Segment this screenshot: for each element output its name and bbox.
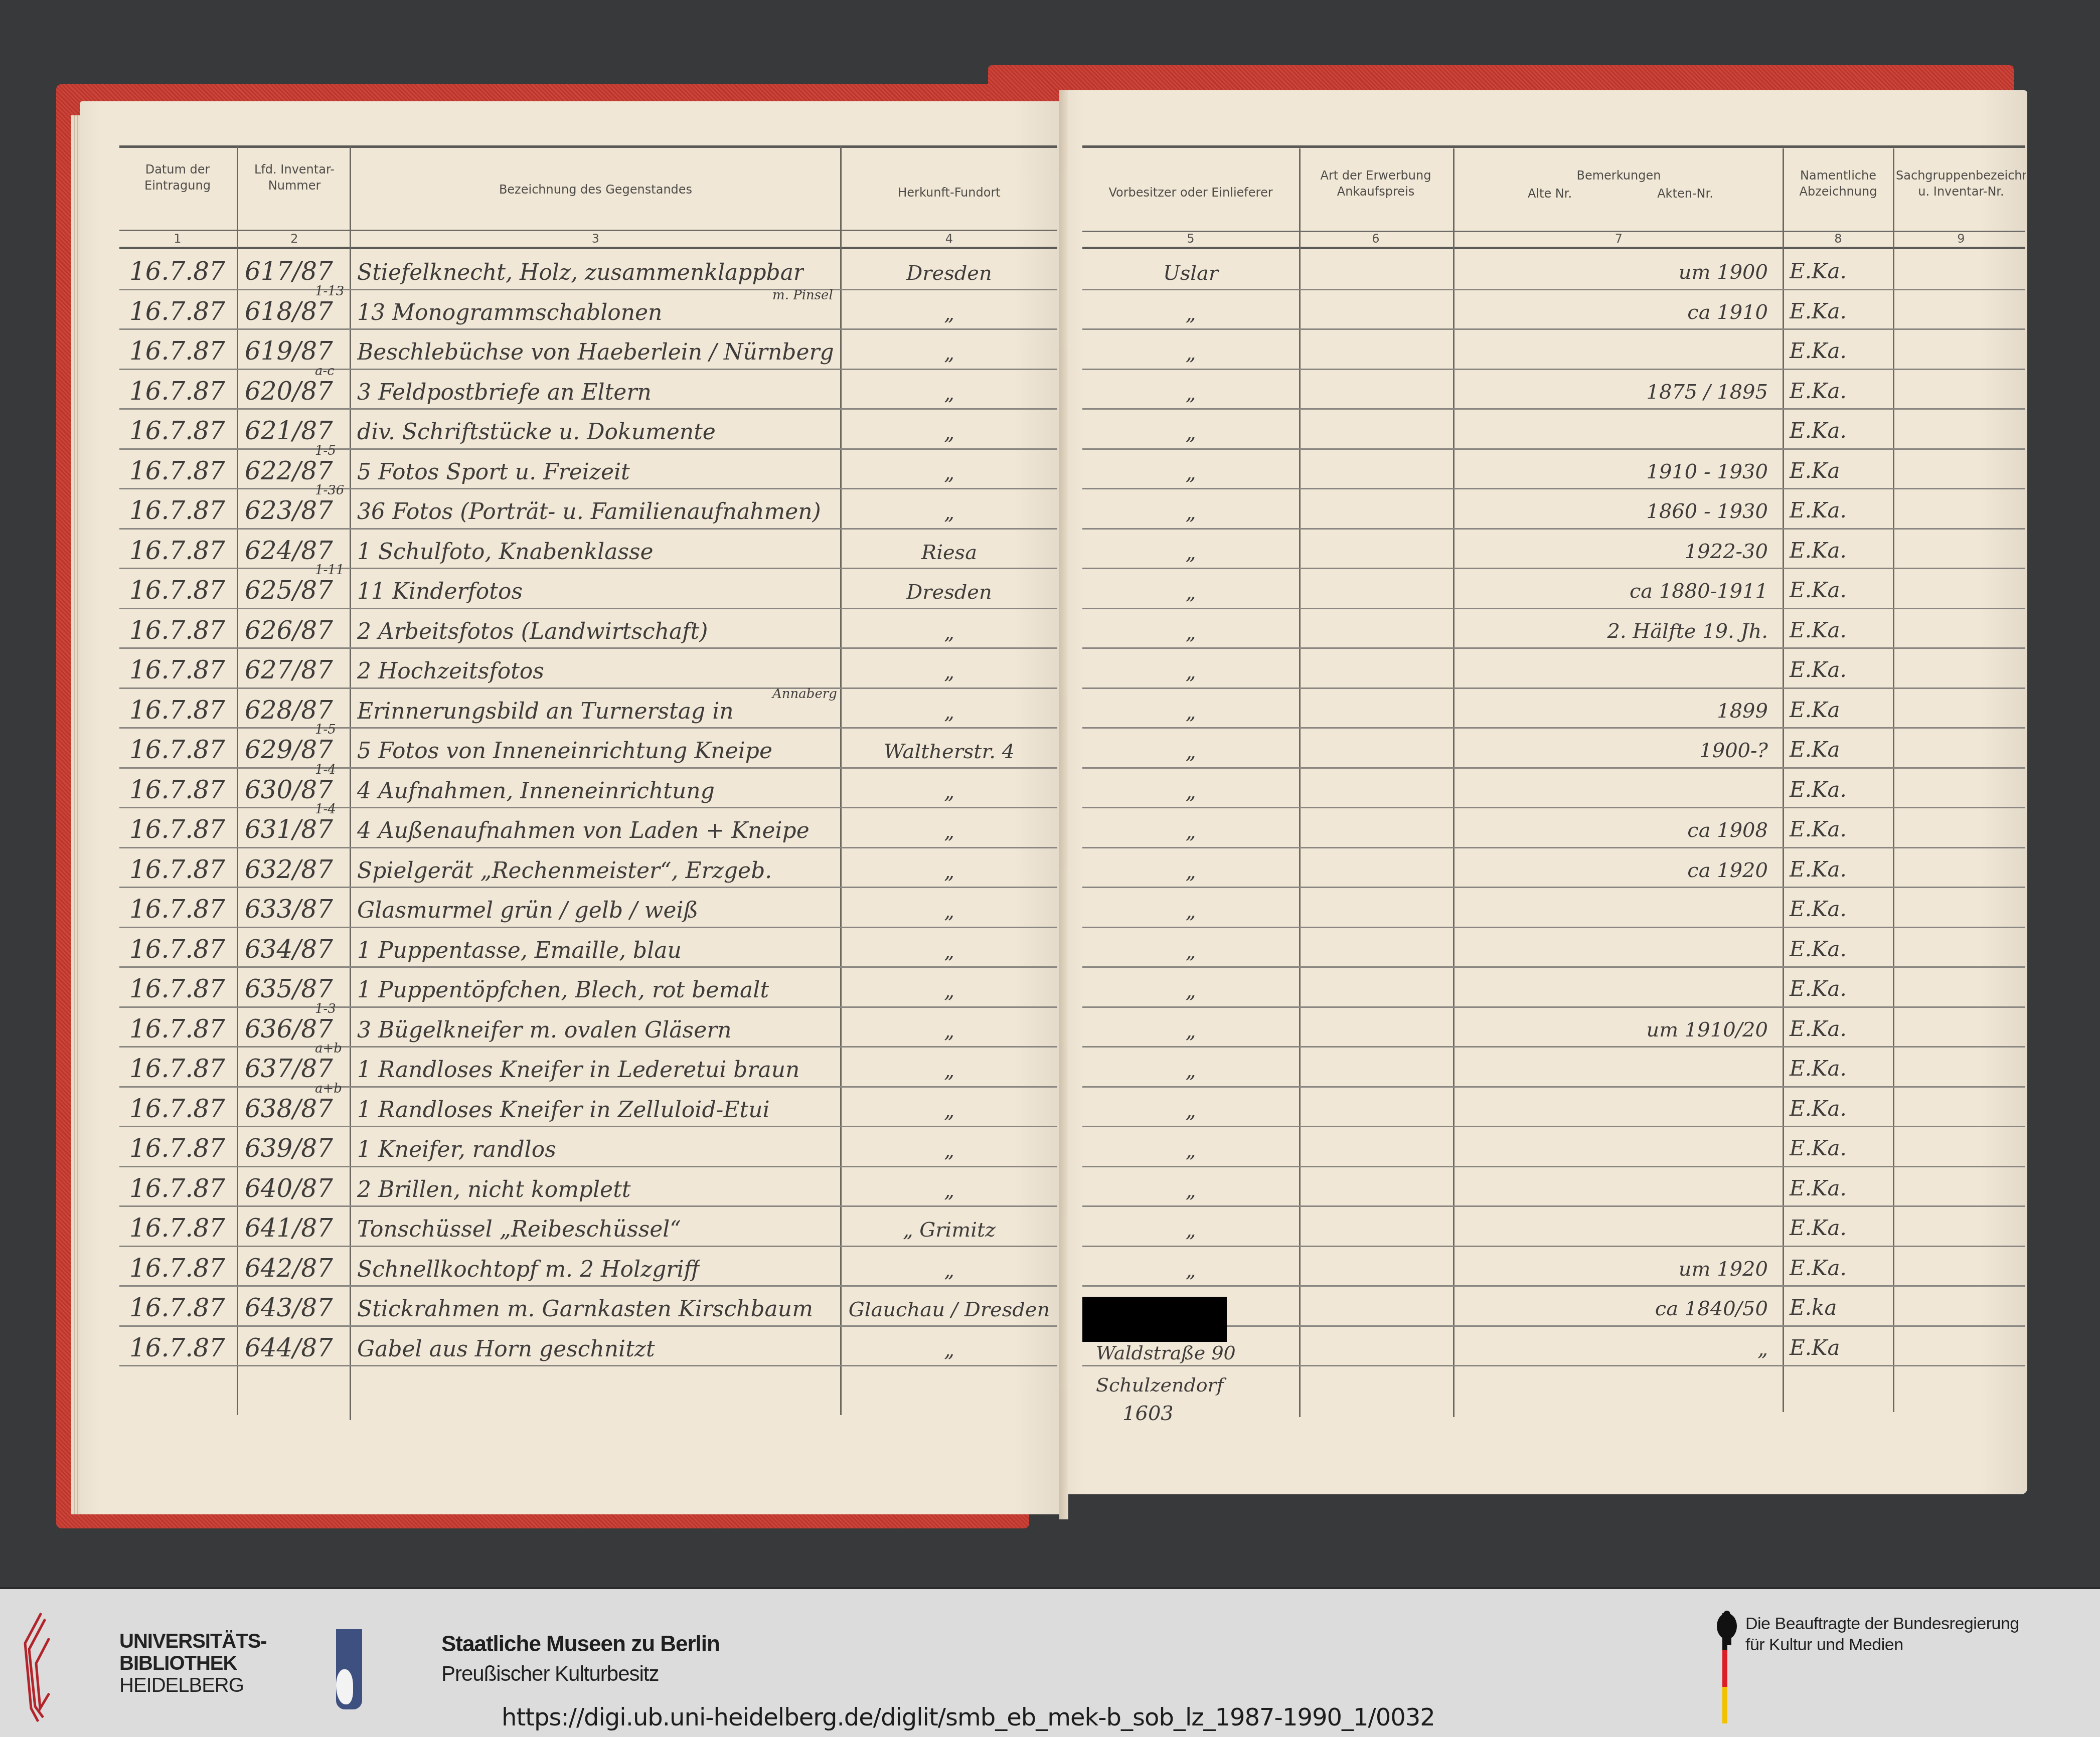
row-rule bbox=[1082, 647, 2025, 649]
entry-item-range: 1-13 bbox=[315, 284, 344, 299]
header-bottom-rule bbox=[1082, 247, 2025, 249]
entry-origin: Dresden bbox=[843, 262, 1056, 285]
entry-previous-owner: „ bbox=[1083, 541, 1298, 564]
entry-date: 16.7.87 bbox=[129, 257, 225, 286]
row-rule bbox=[1082, 328, 2025, 330]
entry-previous-owner: „ bbox=[1083, 461, 1298, 484]
entry-signature: E.Ka. bbox=[1790, 618, 1847, 642]
entry-date: 16.7.87 bbox=[129, 416, 225, 445]
entry-signature: E.Ka. bbox=[1790, 259, 1847, 283]
entry-date: 16.7.87 bbox=[129, 297, 225, 326]
column-header-signature: Namentliche Abzeichnung bbox=[1786, 167, 1891, 200]
entry-inventory-number: 627/87 bbox=[245, 655, 333, 684]
column-number: 7 bbox=[1457, 232, 1781, 246]
entry-previous-owner: „ bbox=[1083, 302, 1298, 325]
entry-signature: E.Ka. bbox=[1790, 498, 1847, 523]
header-bottom-rule bbox=[119, 247, 1057, 249]
row-rule bbox=[1082, 1365, 2025, 1366]
entry-inventory-number: 621/87 bbox=[245, 416, 333, 445]
address-postcode: 1603 bbox=[1122, 1402, 1174, 1425]
entry-date: 16.7.87 bbox=[129, 576, 225, 605]
address-line: Schulzendorf bbox=[1096, 1374, 1224, 1396]
entry-date: 16.7.87 bbox=[129, 1094, 225, 1123]
column-divider bbox=[1299, 148, 1301, 1417]
entry-previous-owner: „ bbox=[1083, 581, 1298, 604]
entry-previous-owner: „ bbox=[1083, 780, 1298, 803]
entry-inventory-number: 637/87 bbox=[245, 1054, 333, 1083]
entry-inventory-number: 635/87 bbox=[245, 974, 333, 1003]
entry-previous-owner: „ bbox=[1083, 860, 1298, 883]
entry-previous-owner: „ bbox=[1083, 1099, 1298, 1122]
row-rule bbox=[1082, 448, 2025, 450]
entry-previous-owner: „ bbox=[1083, 1139, 1298, 1162]
row-rule bbox=[1082, 1046, 2025, 1048]
entry-inventory-number: 642/87 bbox=[245, 1254, 333, 1283]
entry-previous-owner: „ bbox=[1083, 660, 1298, 683]
entry-signature: E.Ka. bbox=[1790, 777, 1847, 802]
row-rule bbox=[1082, 1246, 2025, 1247]
row-rule bbox=[119, 369, 1057, 370]
entry-date: 16.7.87 bbox=[129, 1213, 225, 1243]
entry-origin: „ bbox=[843, 701, 1056, 724]
entry-date: 16.7.87 bbox=[129, 735, 225, 764]
column-number: 9 bbox=[1896, 232, 2026, 246]
row-rule bbox=[119, 448, 1057, 450]
column-header-date: Datum der Eintragung bbox=[119, 161, 236, 194]
entry-origin: „ bbox=[843, 1139, 1056, 1162]
row-rule bbox=[1082, 847, 2025, 848]
entry-previous-owner: „ bbox=[1083, 900, 1298, 923]
entry-origin: „ bbox=[843, 382, 1056, 405]
column-divider bbox=[1893, 148, 1894, 1412]
column-header-category: Sachgruppenbezeichnung u. Inventar-Nr. bbox=[1896, 167, 2026, 200]
row-rule bbox=[119, 1086, 1057, 1088]
header-mid-rule bbox=[119, 230, 1057, 231]
entry-remark: um 1920 bbox=[1457, 1258, 1768, 1281]
scan-background: Datum der Eintragung Lfd. Inventar-Numme… bbox=[0, 0, 2100, 1587]
entry-description: div. Schriftstücke u. Dokumente bbox=[357, 419, 716, 445]
column-number: 4 bbox=[843, 232, 1056, 246]
entry-origin: „ bbox=[843, 621, 1056, 644]
row-rule bbox=[119, 687, 1057, 689]
entry-description: Gabel aus Horn geschnitzt bbox=[357, 1336, 655, 1362]
column-number: 6 bbox=[1303, 232, 1448, 246]
column-divider bbox=[350, 146, 351, 1420]
row-rule bbox=[1082, 528, 2025, 530]
entry-description: 1 Puppentasse, Emaille, blau bbox=[357, 938, 682, 963]
entry-signature: E.ka bbox=[1790, 1295, 1837, 1320]
row-rule bbox=[119, 488, 1057, 489]
entry-date: 16.7.87 bbox=[129, 895, 225, 924]
entry-signature: E.Ka. bbox=[1790, 1136, 1847, 1160]
entry-inventory-number: 644/87 bbox=[245, 1333, 333, 1362]
row-rule bbox=[119, 727, 1057, 729]
entry-inventory-number: 625/87 bbox=[245, 576, 333, 605]
column-divider bbox=[237, 146, 238, 1415]
entry-date: 16.7.87 bbox=[129, 696, 225, 725]
entry-date: 16.7.87 bbox=[129, 815, 225, 844]
entry-previous-owner: „ bbox=[1083, 940, 1298, 963]
entry-description: 1 Puppentöpfchen, Blech, rot bemalt bbox=[357, 977, 769, 1003]
entry-previous-owner: „ bbox=[1083, 621, 1298, 644]
entry-inventory-number: 626/87 bbox=[245, 616, 333, 645]
entry-origin: „ bbox=[843, 421, 1056, 444]
entry-previous-owner: „ bbox=[1083, 979, 1298, 1002]
ub-heidelberg-logo-icon bbox=[21, 1608, 51, 1723]
row-rule bbox=[119, 887, 1057, 888]
entry-date: 16.7.87 bbox=[129, 1293, 225, 1322]
entry-inventory-number: 622/87 bbox=[245, 456, 333, 485]
entry-remark: ca 1910 bbox=[1457, 301, 1768, 324]
entry-remark: 1922-30 bbox=[1457, 540, 1768, 563]
entry-previous-owner: „ bbox=[1083, 1019, 1298, 1043]
entry-description: 1 Randloses Kneifer in Zelluloid-Etui bbox=[357, 1097, 770, 1123]
entry-remark: 2. Hälfte 19. Jh. bbox=[1457, 620, 1768, 643]
entry-signature: E.Ka. bbox=[1790, 817, 1847, 841]
entry-date: 16.7.87 bbox=[129, 456, 225, 485]
entry-description: 2 Brillen, nicht komplett bbox=[357, 1177, 631, 1202]
entry-item-range: 1-4 bbox=[315, 762, 336, 777]
entry-remark: ca 1908 bbox=[1457, 819, 1768, 842]
row-rule bbox=[119, 408, 1057, 410]
row-rule bbox=[119, 568, 1057, 569]
entry-signature: E.Ka. bbox=[1790, 1256, 1847, 1280]
entry-signature: E.Ka. bbox=[1790, 1215, 1847, 1240]
column-number: 5 bbox=[1083, 232, 1298, 246]
entry-origin: „ bbox=[843, 1059, 1056, 1082]
entry-item-range: 1-4 bbox=[315, 802, 336, 817]
book-gutter bbox=[1059, 90, 1068, 1519]
entry-origin: „ bbox=[843, 860, 1056, 883]
entry-signature: E.Ka. bbox=[1790, 338, 1847, 363]
entry-date: 16.7.87 bbox=[129, 336, 225, 366]
entry-previous-owner: „ bbox=[1083, 1259, 1298, 1282]
entry-signature: E.Ka bbox=[1790, 458, 1840, 483]
row-rule bbox=[119, 1046, 1057, 1048]
entry-inventory-number: 639/87 bbox=[245, 1134, 333, 1163]
entry-description: 11 Kinderfotos bbox=[357, 579, 523, 604]
permalink-url[interactable]: https://digi.ub.uni-heidelberg.de/diglit… bbox=[502, 1703, 1435, 1731]
entry-signature: E.Ka. bbox=[1790, 1096, 1847, 1121]
entry-origin: „ bbox=[843, 979, 1056, 1002]
entry-item-range: 1-5 bbox=[315, 722, 336, 737]
row-rule bbox=[1082, 807, 2025, 808]
smb-eagle-icon bbox=[336, 1669, 353, 1704]
entry-inventory-number: 636/87 bbox=[245, 1014, 333, 1044]
row-rule bbox=[1082, 1006, 2025, 1008]
entry-origin: Dresden bbox=[843, 581, 1056, 604]
entry-description: 3 Bügelkneifer m. ovalen Gläsern bbox=[357, 1017, 732, 1043]
column-divider bbox=[1453, 148, 1455, 1417]
row-rule bbox=[119, 807, 1057, 808]
row-rule bbox=[119, 528, 1057, 530]
entry-remark: 1860 - 1930 bbox=[1457, 500, 1768, 523]
row-rule bbox=[119, 1006, 1057, 1008]
row-rule bbox=[1082, 1166, 2025, 1167]
entry-date: 16.7.87 bbox=[129, 536, 225, 565]
row-rule bbox=[119, 289, 1057, 290]
row-rule bbox=[1082, 408, 2025, 410]
entry-remark: um 1910/20 bbox=[1457, 1018, 1768, 1041]
entry-description: 3 Feldpostbriefe an Eltern bbox=[357, 380, 652, 405]
column-header-remarks: Bemerkungen bbox=[1457, 167, 1781, 184]
column-header-previous-owner: Vorbesitzer oder Einlieferer bbox=[1083, 185, 1298, 201]
entry-remark: ca 1880-1911 bbox=[1457, 580, 1768, 603]
entry-description: 2 Hochzeitsfotos bbox=[357, 658, 544, 684]
entry-date: 16.7.87 bbox=[129, 974, 225, 1003]
entry-remark: 1899 bbox=[1457, 700, 1768, 723]
entry-remark: ca 1920 bbox=[1457, 859, 1768, 882]
entry-inventory-number: 617/87 bbox=[245, 257, 333, 286]
row-rule bbox=[1082, 966, 2025, 968]
entry-origin: „ bbox=[843, 1338, 1056, 1361]
entry-remark: um 1900 bbox=[1457, 261, 1768, 284]
entry-item-range: 1-36 bbox=[315, 483, 344, 498]
entry-description-note: Annaberg bbox=[772, 686, 837, 702]
smb-title: Staatliche Museen zu Berlin bbox=[441, 1632, 720, 1657]
entry-origin: „ bbox=[843, 660, 1056, 683]
header-top-rule bbox=[1082, 145, 2025, 148]
entry-remark: 1910 - 1930 bbox=[1457, 460, 1768, 483]
column-number: 1 bbox=[119, 232, 236, 246]
row-rule bbox=[119, 1285, 1057, 1287]
entry-origin: Glauchau / Dresden bbox=[843, 1298, 1056, 1321]
bkm-text: Die Beauftragte der Bundesregierung bbox=[1745, 1614, 2019, 1634]
entry-inventory-number: 634/87 bbox=[245, 935, 333, 964]
column-header-acquisition: Art der Erwerbung Ankaufspreis bbox=[1303, 167, 1448, 200]
entry-previous-owner: „ bbox=[1083, 1219, 1298, 1242]
entry-origin: „ bbox=[843, 461, 1056, 484]
entry-origin: „ bbox=[843, 341, 1056, 365]
entry-date: 16.7.87 bbox=[129, 935, 225, 964]
entry-inventory-number: 633/87 bbox=[245, 895, 333, 924]
entry-description: 1 Randloses Kneifer in Lederetui braun bbox=[357, 1057, 799, 1083]
entry-remark: ca 1840/50 bbox=[1457, 1297, 1768, 1320]
row-rule bbox=[119, 966, 1057, 968]
entry-origin: „ bbox=[843, 940, 1056, 963]
entry-inventory-number: 640/87 bbox=[245, 1174, 333, 1203]
entry-date: 16.7.87 bbox=[129, 616, 225, 645]
entry-description: 5 Fotos Sport u. Freizeit bbox=[357, 459, 630, 485]
entry-inventory-number: 630/87 bbox=[245, 775, 333, 804]
entry-origin: „ bbox=[843, 1259, 1056, 1282]
entry-description: Tonschüssel „Reibeschüssel“ bbox=[357, 1217, 681, 1242]
entry-date: 16.7.87 bbox=[129, 1054, 225, 1083]
entry-signature: E.Ka. bbox=[1790, 379, 1847, 403]
entry-signature: E.Ka. bbox=[1790, 937, 1847, 961]
entry-description: 4 Außenaufnahmen von Laden + Kneipe bbox=[357, 818, 810, 843]
row-rule bbox=[119, 1246, 1057, 1247]
entry-signature: E.Ka bbox=[1790, 737, 1840, 762]
entry-date: 16.7.87 bbox=[129, 496, 225, 525]
entry-item-range: 1-3 bbox=[315, 1001, 336, 1016]
column-number: 2 bbox=[240, 232, 349, 246]
entry-inventory-number: 619/87 bbox=[245, 336, 333, 366]
entry-description: 2 Arbeitsfotos (Landwirtschaft) bbox=[357, 619, 708, 644]
row-rule bbox=[119, 927, 1057, 928]
entry-inventory-number: 620/87 bbox=[245, 377, 333, 406]
row-rule bbox=[1082, 927, 2025, 928]
row-rule bbox=[119, 608, 1057, 609]
column-divider bbox=[840, 146, 842, 1415]
entry-signature: E.Ka. bbox=[1790, 299, 1847, 323]
row-rule bbox=[1082, 887, 2025, 888]
bkm-text: für Kultur und Medien bbox=[1745, 1635, 1903, 1655]
entry-origin: „ Grimitz bbox=[843, 1219, 1056, 1242]
entry-inventory-number: 628/87 bbox=[245, 696, 333, 725]
entry-previous-owner: „ bbox=[1083, 501, 1298, 524]
entry-signature: E.Ka bbox=[1790, 1335, 1840, 1360]
entry-origin: „ bbox=[843, 1179, 1056, 1202]
entry-origin: „ bbox=[843, 1019, 1056, 1043]
entry-signature: E.Ka. bbox=[1790, 857, 1847, 882]
row-rule bbox=[119, 647, 1057, 649]
entry-origin: Waltherstr. 4 bbox=[843, 740, 1056, 763]
entry-description: 1 Schulfoto, Knabenklasse bbox=[357, 539, 654, 565]
row-rule bbox=[1082, 727, 2025, 729]
row-rule bbox=[119, 1166, 1057, 1167]
footer-banner: UNIVERSITÄTS- BIBLIOTHEK HEIDELBERG Staa… bbox=[0, 1587, 2100, 1737]
entry-description: Beschlebüchse von Haeberlein / Nürnberg bbox=[357, 339, 834, 365]
entry-description: 36 Fotos (Porträt- u. Familienaufnahmen) bbox=[357, 499, 821, 525]
entry-inventory-number: 618/87 bbox=[245, 297, 333, 326]
entry-signature: E.Ka. bbox=[1790, 418, 1847, 443]
entry-inventory-number: 629/87 bbox=[245, 735, 333, 764]
row-rule bbox=[1082, 369, 2025, 370]
redaction-bar bbox=[1082, 1297, 1227, 1342]
entry-inventory-number: 624/87 bbox=[245, 536, 333, 565]
row-rule bbox=[1082, 568, 2025, 569]
smb-subtitle: Preußischer Kulturbesitz bbox=[441, 1662, 659, 1686]
row-rule bbox=[119, 847, 1057, 848]
row-rule bbox=[1082, 1205, 2025, 1207]
column-header-description: Bezeichnung des Gegenstandes bbox=[351, 182, 840, 198]
row-rule bbox=[1082, 1086, 2025, 1088]
entry-signature: E.Ka. bbox=[1790, 897, 1847, 921]
entry-signature: E.Ka. bbox=[1790, 1176, 1847, 1200]
ub-logo-text: UNIVERSITÄTS- bbox=[119, 1630, 267, 1652]
entry-previous-owner: „ bbox=[1083, 421, 1298, 444]
entry-date: 16.7.87 bbox=[129, 377, 225, 406]
entry-signature: E.Ka. bbox=[1790, 976, 1847, 1001]
entry-item-range: a+b bbox=[315, 1041, 342, 1056]
entry-origin: Riesa bbox=[843, 541, 1056, 564]
entry-date: 16.7.87 bbox=[129, 1254, 225, 1283]
entry-description: 5 Fotos von Inneneinrichtung Kneipe bbox=[357, 738, 772, 764]
entry-origin: „ bbox=[843, 1099, 1056, 1122]
entry-origin: „ bbox=[843, 501, 1056, 524]
entry-signature: E.Ka. bbox=[1790, 538, 1847, 563]
entry-date: 16.7.87 bbox=[129, 855, 225, 884]
entry-description: Schnellkochtopf m. 2 Holzgriff bbox=[357, 1257, 700, 1282]
row-rule bbox=[119, 328, 1057, 330]
column-header-origin: Herkunft-Fundort bbox=[843, 185, 1056, 201]
entry-item-range: a+b bbox=[315, 1081, 342, 1096]
entry-description: Spielgerät „Rechenmeister“, Erzgeb. bbox=[357, 858, 772, 884]
entry-origin: „ bbox=[843, 780, 1056, 803]
entry-description: Erinnerungsbild an Turnerstag in bbox=[357, 699, 734, 724]
row-rule bbox=[1082, 687, 2025, 689]
entry-description-note: m. Pinsel bbox=[772, 288, 833, 303]
entry-signature: E.Ka. bbox=[1790, 1056, 1847, 1081]
entry-previous-owner: „ bbox=[1083, 341, 1298, 365]
column-header-inventory-number: Lfd. Inventar-Nummer bbox=[240, 161, 349, 194]
entry-remark: 1875 / 1895 bbox=[1457, 381, 1768, 404]
column-subheader-file-number: Akten-Nr. bbox=[1635, 186, 1735, 202]
entry-item-range: 1-5 bbox=[315, 443, 336, 458]
entry-date: 16.7.87 bbox=[129, 655, 225, 684]
entry-description: Stiefelknecht, Holz, zusammenklappbar bbox=[357, 260, 804, 285]
row-rule bbox=[1082, 289, 2025, 290]
column-subheader-old-number: Alte Nr. bbox=[1500, 186, 1600, 202]
row-rule bbox=[119, 1325, 1057, 1327]
entry-description: Stickrahmen m. Garnkasten Kirschbaum bbox=[357, 1296, 813, 1322]
entry-signature: E.Ka bbox=[1790, 698, 1840, 722]
entry-description: 13 Monogrammschablonen bbox=[357, 300, 662, 325]
entry-origin: „ bbox=[843, 820, 1056, 843]
entry-inventory-number: 641/87 bbox=[245, 1213, 333, 1243]
german-flag-bar bbox=[1722, 1613, 1727, 1723]
row-rule bbox=[1082, 488, 2025, 489]
entry-previous-owner: „ bbox=[1083, 1059, 1298, 1082]
entry-date: 16.7.87 bbox=[129, 1174, 225, 1203]
entry-description: Glasmurmel grün / gelb / weiß bbox=[357, 898, 698, 923]
entry-previous-owner: Uslar bbox=[1083, 262, 1298, 285]
row-rule bbox=[119, 1205, 1057, 1207]
entry-inventory-number: 632/87 bbox=[245, 855, 333, 884]
entry-inventory-number: 643/87 bbox=[245, 1293, 333, 1322]
row-rule bbox=[119, 767, 1057, 769]
entry-date: 16.7.87 bbox=[129, 1333, 225, 1362]
entry-item-range: 1-11 bbox=[315, 563, 344, 578]
entry-signature: E.Ka. bbox=[1790, 1016, 1847, 1041]
entry-previous-owner: „ bbox=[1083, 1179, 1298, 1202]
row-rule bbox=[119, 1126, 1057, 1127]
entry-inventory-number: 623/87 bbox=[245, 496, 333, 525]
entry-date: 16.7.87 bbox=[129, 775, 225, 804]
header-top-rule bbox=[119, 145, 1057, 148]
entry-description: 1 Kneifer, randlos bbox=[357, 1137, 556, 1162]
entry-previous-owner: „ bbox=[1083, 820, 1298, 843]
entry-signature: E.Ka. bbox=[1790, 578, 1847, 602]
entry-previous-owner: „ bbox=[1083, 701, 1298, 724]
entry-date: 16.7.87 bbox=[129, 1014, 225, 1044]
entry-description: 4 Aufnahmen, Inneneinrichtung bbox=[357, 778, 715, 804]
ub-logo-text: BIBLIOTHEK bbox=[119, 1652, 237, 1674]
column-number: 8 bbox=[1786, 232, 1891, 246]
entry-inventory-number: 631/87 bbox=[245, 815, 333, 844]
column-number: 3 bbox=[351, 232, 840, 246]
row-rule bbox=[1082, 767, 2025, 769]
row-rule bbox=[1082, 608, 2025, 609]
entry-inventory-number: 638/87 bbox=[245, 1094, 333, 1123]
entry-signature: E.Ka. bbox=[1790, 657, 1847, 682]
entry-remark: „ bbox=[1457, 1337, 1768, 1360]
row-rule bbox=[1082, 1285, 2025, 1287]
address-line: Waldstraße 90 bbox=[1096, 1342, 1236, 1364]
entry-origin: „ bbox=[843, 900, 1056, 923]
row-rule bbox=[119, 1365, 1057, 1366]
entry-previous-owner: „ bbox=[1083, 740, 1298, 763]
entry-remark: 1900-? bbox=[1457, 739, 1768, 762]
row-rule bbox=[1082, 1126, 2025, 1127]
column-divider bbox=[1783, 148, 1784, 1412]
entry-item-range: a-c bbox=[315, 364, 335, 379]
entry-origin: „ bbox=[843, 302, 1056, 325]
ub-logo-text: HEIDELBERG bbox=[119, 1674, 244, 1696]
entry-date: 16.7.87 bbox=[129, 1134, 225, 1163]
entry-previous-owner: „ bbox=[1083, 382, 1298, 405]
